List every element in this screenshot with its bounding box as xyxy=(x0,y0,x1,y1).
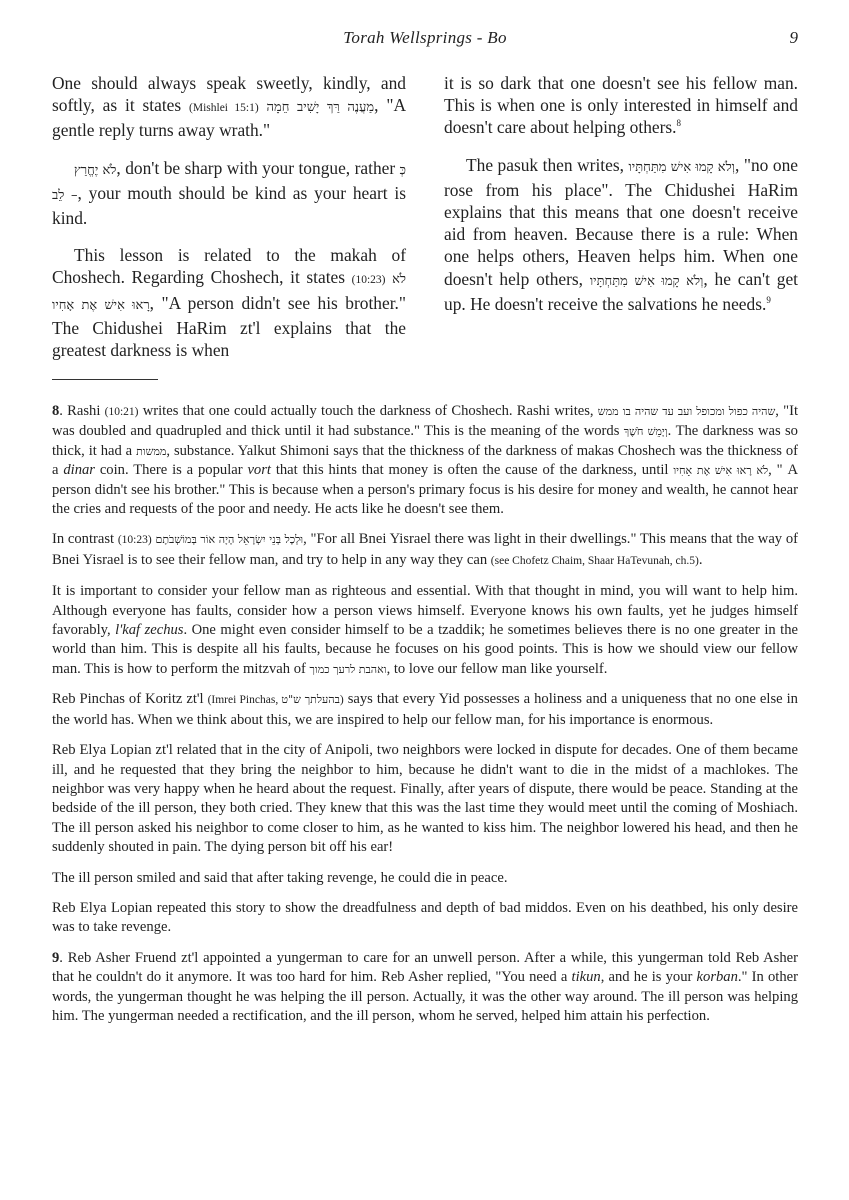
text: . Rashi xyxy=(59,403,104,419)
text: , to love our fellow man like yourself. xyxy=(387,661,608,677)
italic-term: tikun xyxy=(572,969,601,985)
text: , don't be sharp with your tongue, rathe… xyxy=(116,158,399,178)
footnote-8-middos: Reb Elya Lopian repeated this story to s… xyxy=(52,899,798,938)
hebrew-quote: שהיה כפול ומכופל ועב עד שהיה בו ממש xyxy=(598,405,775,418)
hebrew-quote: בהעלתך ש"ט xyxy=(281,693,339,706)
hebrew-quote: וּלְכָל בְּנֵי יִשְׂרָאֵל הָיָה אוֹר בְּ… xyxy=(155,533,303,546)
hebrew-quote: לֹא יֶחֱרַץ xyxy=(74,163,116,178)
footnote-8-contrast: In contrast (10:23) וּלְכָל בְּנֵי יִשְׂ… xyxy=(52,530,798,571)
hebrew-quote: ואהבת לרעך כמוך xyxy=(310,663,387,676)
text: Reb Pinchas of Koritz zt'l xyxy=(52,691,208,707)
hebrew-quote: לֹא רָאוּ אִישׁ אֶת אָחִיו xyxy=(673,464,768,477)
footnote-8-rashi: 8. Rashi (10:21) writes that one could a… xyxy=(52,402,798,519)
hebrew-quote: מַעֲנֶה רַּךְ יָשִׁיב חֵמָה xyxy=(267,100,375,115)
citation: (10:23) xyxy=(118,534,152,546)
text: it is so dark that one doesn't see his f… xyxy=(444,73,798,137)
italic-term: l'kaf zechus xyxy=(115,622,183,638)
citation: (Mishlei 15:1) xyxy=(189,102,259,114)
footnote-8-fellow-man: It is important to consider your fellow … xyxy=(52,582,798,679)
citation: (Imrei Pinchas, xyxy=(208,694,282,706)
hebrew-quote: וְיָמֵשׁ חֹשֶׁךְ xyxy=(624,425,668,438)
footnote-ref-9[interactable]: 9 xyxy=(766,295,771,305)
paragraph-pasuk: The pasuk then writes, וְלֹא קָמוּ אִישׁ… xyxy=(444,154,798,315)
footnote-ref-8[interactable]: 8 xyxy=(677,119,682,129)
left-column: One should always speak sweetly, kindly,… xyxy=(52,72,406,376)
hebrew-quote: וְלֹא קָמוּ אִישׁ מִתַּחְתָּיו xyxy=(628,160,735,175)
footnote-8-koritz: Reb Pinchas of Koritz zt'l (Imrei Pincha… xyxy=(52,690,798,730)
text: , and he is your xyxy=(601,969,697,985)
right-column: it is so dark that one doesn't see his f… xyxy=(444,72,798,376)
page-header: Torah Wellsprings - Bo 9 xyxy=(52,28,798,52)
paragraph-fellow-man: it is so dark that one doesn't see his f… xyxy=(444,72,798,139)
paragraph-gentle-reply: One should always speak sweetly, kindly,… xyxy=(52,72,406,142)
text: that this hints that money is often the … xyxy=(271,462,673,478)
text: The pasuk then writes, xyxy=(466,155,628,175)
footnote-8-lopian-story: Reb Elya Lopian zt'l related that in the… xyxy=(52,741,798,857)
italic-term: korban xyxy=(697,969,738,985)
footnote-divider xyxy=(52,379,158,380)
running-title: Torah Wellsprings - Bo xyxy=(52,28,798,48)
text: , your mouth should be kind as your hear… xyxy=(52,183,406,228)
page-number: 9 xyxy=(790,28,799,48)
citation: (10:23) xyxy=(352,274,386,286)
italic-term: dinar xyxy=(63,462,95,478)
text: writes that one could actually touch the… xyxy=(138,403,597,419)
hebrew-quote: וְלֹא קָמוּ אִישׁ מִתַּחְתָּיו xyxy=(590,274,704,289)
main-text-columns: One should always speak sweetly, kindly,… xyxy=(52,72,798,376)
paragraph-makah-choshech: This lesson is related to the makah of C… xyxy=(52,244,406,361)
italic-term: vort xyxy=(247,462,271,478)
footnote-8-revenge: The ill person smiled and said that afte… xyxy=(52,869,798,888)
footnotes: 8. Rashi (10:21) writes that one could a… xyxy=(52,402,798,1037)
citation: (see Chofetz Chaim, Shaar HaTevunah, ch.… xyxy=(491,555,699,567)
footnote-9-fruend: 9. Reb Asher Fruend zt'l appointed a yun… xyxy=(52,949,798,1027)
hebrew-quote: ממשות xyxy=(136,445,166,458)
text: coin. There is a popular xyxy=(95,462,247,478)
citation: (10:21) xyxy=(105,406,139,418)
text: In contrast xyxy=(52,531,118,547)
paragraph-sharp-tongue: לֹא יֶחֱרַץ, don't be sharp with your to… xyxy=(52,157,406,230)
text: . xyxy=(699,552,703,568)
